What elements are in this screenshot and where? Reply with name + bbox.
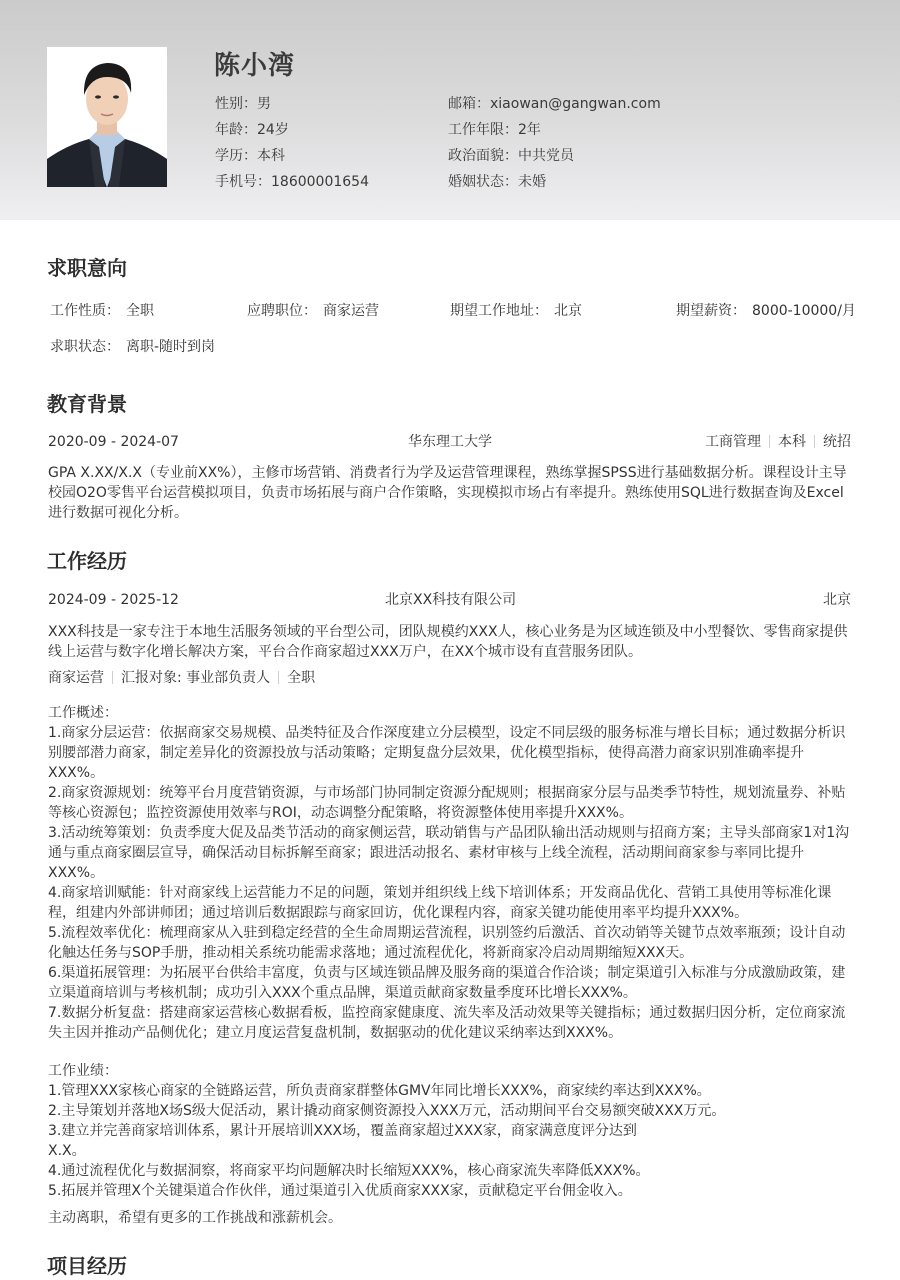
divider bbox=[278, 671, 279, 684]
location-label: 期望工作地址： bbox=[450, 303, 548, 319]
education-period: 2020-09 - 2024-07 bbox=[48, 432, 179, 452]
salary-label: 期望薪资： bbox=[676, 303, 746, 319]
overview-item: 1.商家分层运营：依据商家交易规模、品类特征及合作深度建立分层模型，设定不同层级… bbox=[48, 723, 853, 783]
work-report-to: 汇报对象: 事业部负责人 bbox=[121, 670, 270, 686]
age-row: 年龄：24岁 bbox=[215, 117, 369, 143]
work-role: 商家运营 bbox=[48, 670, 104, 686]
job-type-label: 工作性质： bbox=[50, 303, 120, 319]
age-label: 年龄： bbox=[215, 122, 257, 138]
marital-status-label: 婚姻状态： bbox=[448, 174, 518, 190]
leave-reason: 主动离职，希望有更多的工作挑战和涨薪机会。 bbox=[48, 1208, 342, 1228]
avatar-photo bbox=[47, 47, 167, 187]
job-type-value: 全职 bbox=[126, 303, 154, 319]
education-description: GPA X.XX/X.X（专业前XX%），主修市场营销、消费者行为学及运营管理课… bbox=[48, 463, 853, 523]
work-period: 2024-09 - 2025-12 bbox=[48, 590, 179, 610]
company-intro: XXX科技是一家专注于本地生活服务领域的平台型公司，团队规模约XXX人，核心业务… bbox=[48, 622, 853, 662]
achievement-item: 5.拓展并管理X个关键渠道合作伙伴，通过渠道引入优质商家XXX家，贡献稳定平台佣… bbox=[48, 1181, 853, 1201]
degree-value: 本科 bbox=[257, 148, 285, 164]
email-value: xiaowan@gangwan.com bbox=[490, 96, 661, 112]
basic-info-right: 邮箱：xiaowan@gangwan.com 工作年限：2年 政治面貌：中共党员… bbox=[448, 91, 661, 195]
overview-item: 3.活动统筹策划：负责季度大促及品类节活动的商家侧运营，联动销售与产品团队输出活… bbox=[48, 823, 853, 883]
status-value: 离职-随时到岗 bbox=[126, 339, 215, 355]
candidate-name: 陈小湾 bbox=[214, 48, 295, 84]
overview-item: 6.渠道拓展管理：为拓展平台供给丰富度，负责与区域连锁品牌及服务商的渠道合作洽谈… bbox=[48, 963, 853, 1003]
education-major: 工商管理 bbox=[705, 434, 761, 450]
gender-label: 性别： bbox=[215, 96, 257, 112]
work-company: 北京XX科技有限公司 bbox=[385, 590, 516, 610]
work-years-label: 工作年限： bbox=[448, 122, 518, 138]
work-tags: 商家运营汇报对象: 事业部负责人全职 bbox=[48, 668, 315, 688]
political-status-row: 政治面貌：中共党员 bbox=[448, 143, 661, 169]
degree-row: 学历：本科 bbox=[215, 143, 369, 169]
intention-position: 应聘职位：商家运营 bbox=[247, 301, 379, 321]
email-row: 邮箱：xiaowan@gangwan.com bbox=[448, 91, 661, 117]
section-title-intention: 求职意向 bbox=[47, 254, 127, 282]
work-achievements: 工作业绩： 1.管理XXX家核心商家的全链路运营，所负责商家群整体GMV年同比增… bbox=[48, 1061, 648, 1201]
section-title-work: 工作经历 bbox=[47, 547, 127, 575]
status-label: 求职状态： bbox=[50, 339, 120, 355]
overview-item: 7.数据分析复盘：搭建商家运营核心数据看板，监控商家健康度、流失率及活动效果等关… bbox=[48, 1003, 853, 1043]
work-years-row: 工作年限：2年 bbox=[448, 117, 661, 143]
phone-label: 手机号： bbox=[215, 174, 271, 190]
education-school: 华东理工大学 bbox=[408, 432, 492, 452]
profile-header: 陈小湾 性别：男 年龄：24岁 学历：本科 手机号：18600001654 邮箱… bbox=[0, 0, 900, 220]
achievement-item: 1.管理XXX家核心商家的全链路运营，所负责商家群整体GMV年同比增长XXX%，… bbox=[48, 1081, 853, 1101]
achievement-item: 4.通过流程优化与数据洞察，将商家平均问题解决时长缩短XXX%，核心商家流失率降… bbox=[48, 1161, 853, 1181]
email-label: 邮箱： bbox=[448, 96, 490, 112]
achievements-title: 工作业绩： bbox=[48, 1061, 648, 1081]
basic-info-left: 性别：男 年龄：24岁 学历：本科 手机号：18600001654 bbox=[215, 91, 369, 195]
section-title-projects: 项目经历 bbox=[47, 1252, 127, 1275]
achievement-item: 3.建立并完善商家培训体系，累计开展培训XXX场，覆盖商家超过XXX家，商家满意… bbox=[48, 1121, 643, 1161]
age-value: 24岁 bbox=[257, 122, 289, 138]
political-status-label: 政治面貌： bbox=[448, 148, 518, 164]
divider bbox=[769, 435, 770, 448]
intention-job-type: 工作性质：全职 bbox=[50, 301, 154, 321]
position-value: 商家运营 bbox=[323, 303, 379, 319]
work-overview: 工作概述： 1.商家分层运营：依据商家交易规模、品类特征及合作深度建立分层模型，… bbox=[48, 703, 853, 1043]
education-enrollment-type: 统招 bbox=[823, 434, 851, 450]
education-tags: 工商管理本科统招 bbox=[705, 432, 851, 452]
marital-status-row: 婚姻状态：未婚 bbox=[448, 169, 661, 195]
overview-title: 工作概述： bbox=[48, 703, 853, 723]
person-portrait-icon bbox=[47, 47, 167, 187]
education-degree: 本科 bbox=[778, 434, 806, 450]
location-value: 北京 bbox=[554, 303, 582, 319]
section-title-education: 教育背景 bbox=[47, 390, 127, 418]
work-location: 北京 bbox=[823, 590, 851, 610]
work-years-value: 2年 bbox=[518, 122, 541, 138]
intention-location: 期望工作地址：北京 bbox=[450, 301, 582, 321]
gender-row: 性别：男 bbox=[215, 91, 369, 117]
divider bbox=[814, 435, 815, 448]
phone-value: 18600001654 bbox=[271, 174, 369, 190]
political-status-value: 中共党员 bbox=[518, 148, 574, 164]
position-label: 应聘职位： bbox=[247, 303, 317, 319]
marital-status-value: 未婚 bbox=[518, 174, 546, 190]
overview-item: 4.商家培训赋能：针对商家线上运营能力不足的问题，策划并组织线上线下培训体系；开… bbox=[48, 883, 853, 923]
work-employment-type: 全职 bbox=[287, 670, 315, 686]
intention-status: 求职状态：离职-随时到岗 bbox=[50, 337, 215, 357]
phone-row: 手机号：18600001654 bbox=[215, 169, 369, 195]
salary-value: 8000-10000/月 bbox=[752, 303, 856, 319]
achievement-item: 2.主导策划并落地X场S级大促活动，累计撬动商家侧资源投入XXX万元，活动期间平… bbox=[48, 1101, 853, 1121]
divider bbox=[112, 671, 113, 684]
gender-value: 男 bbox=[257, 96, 271, 112]
overview-item: 2.商家资源规划：统筹平台月度营销资源，与市场部门协同制定资源分配规则；根据商家… bbox=[48, 783, 853, 823]
overview-item: 5.流程效率优化：梳理商家从入驻到稳定经营的全生命周期运营流程，识别签约后激活、… bbox=[48, 923, 853, 963]
intention-salary: 期望薪资：8000-10000/月 bbox=[676, 301, 856, 321]
degree-label: 学历： bbox=[215, 148, 257, 164]
